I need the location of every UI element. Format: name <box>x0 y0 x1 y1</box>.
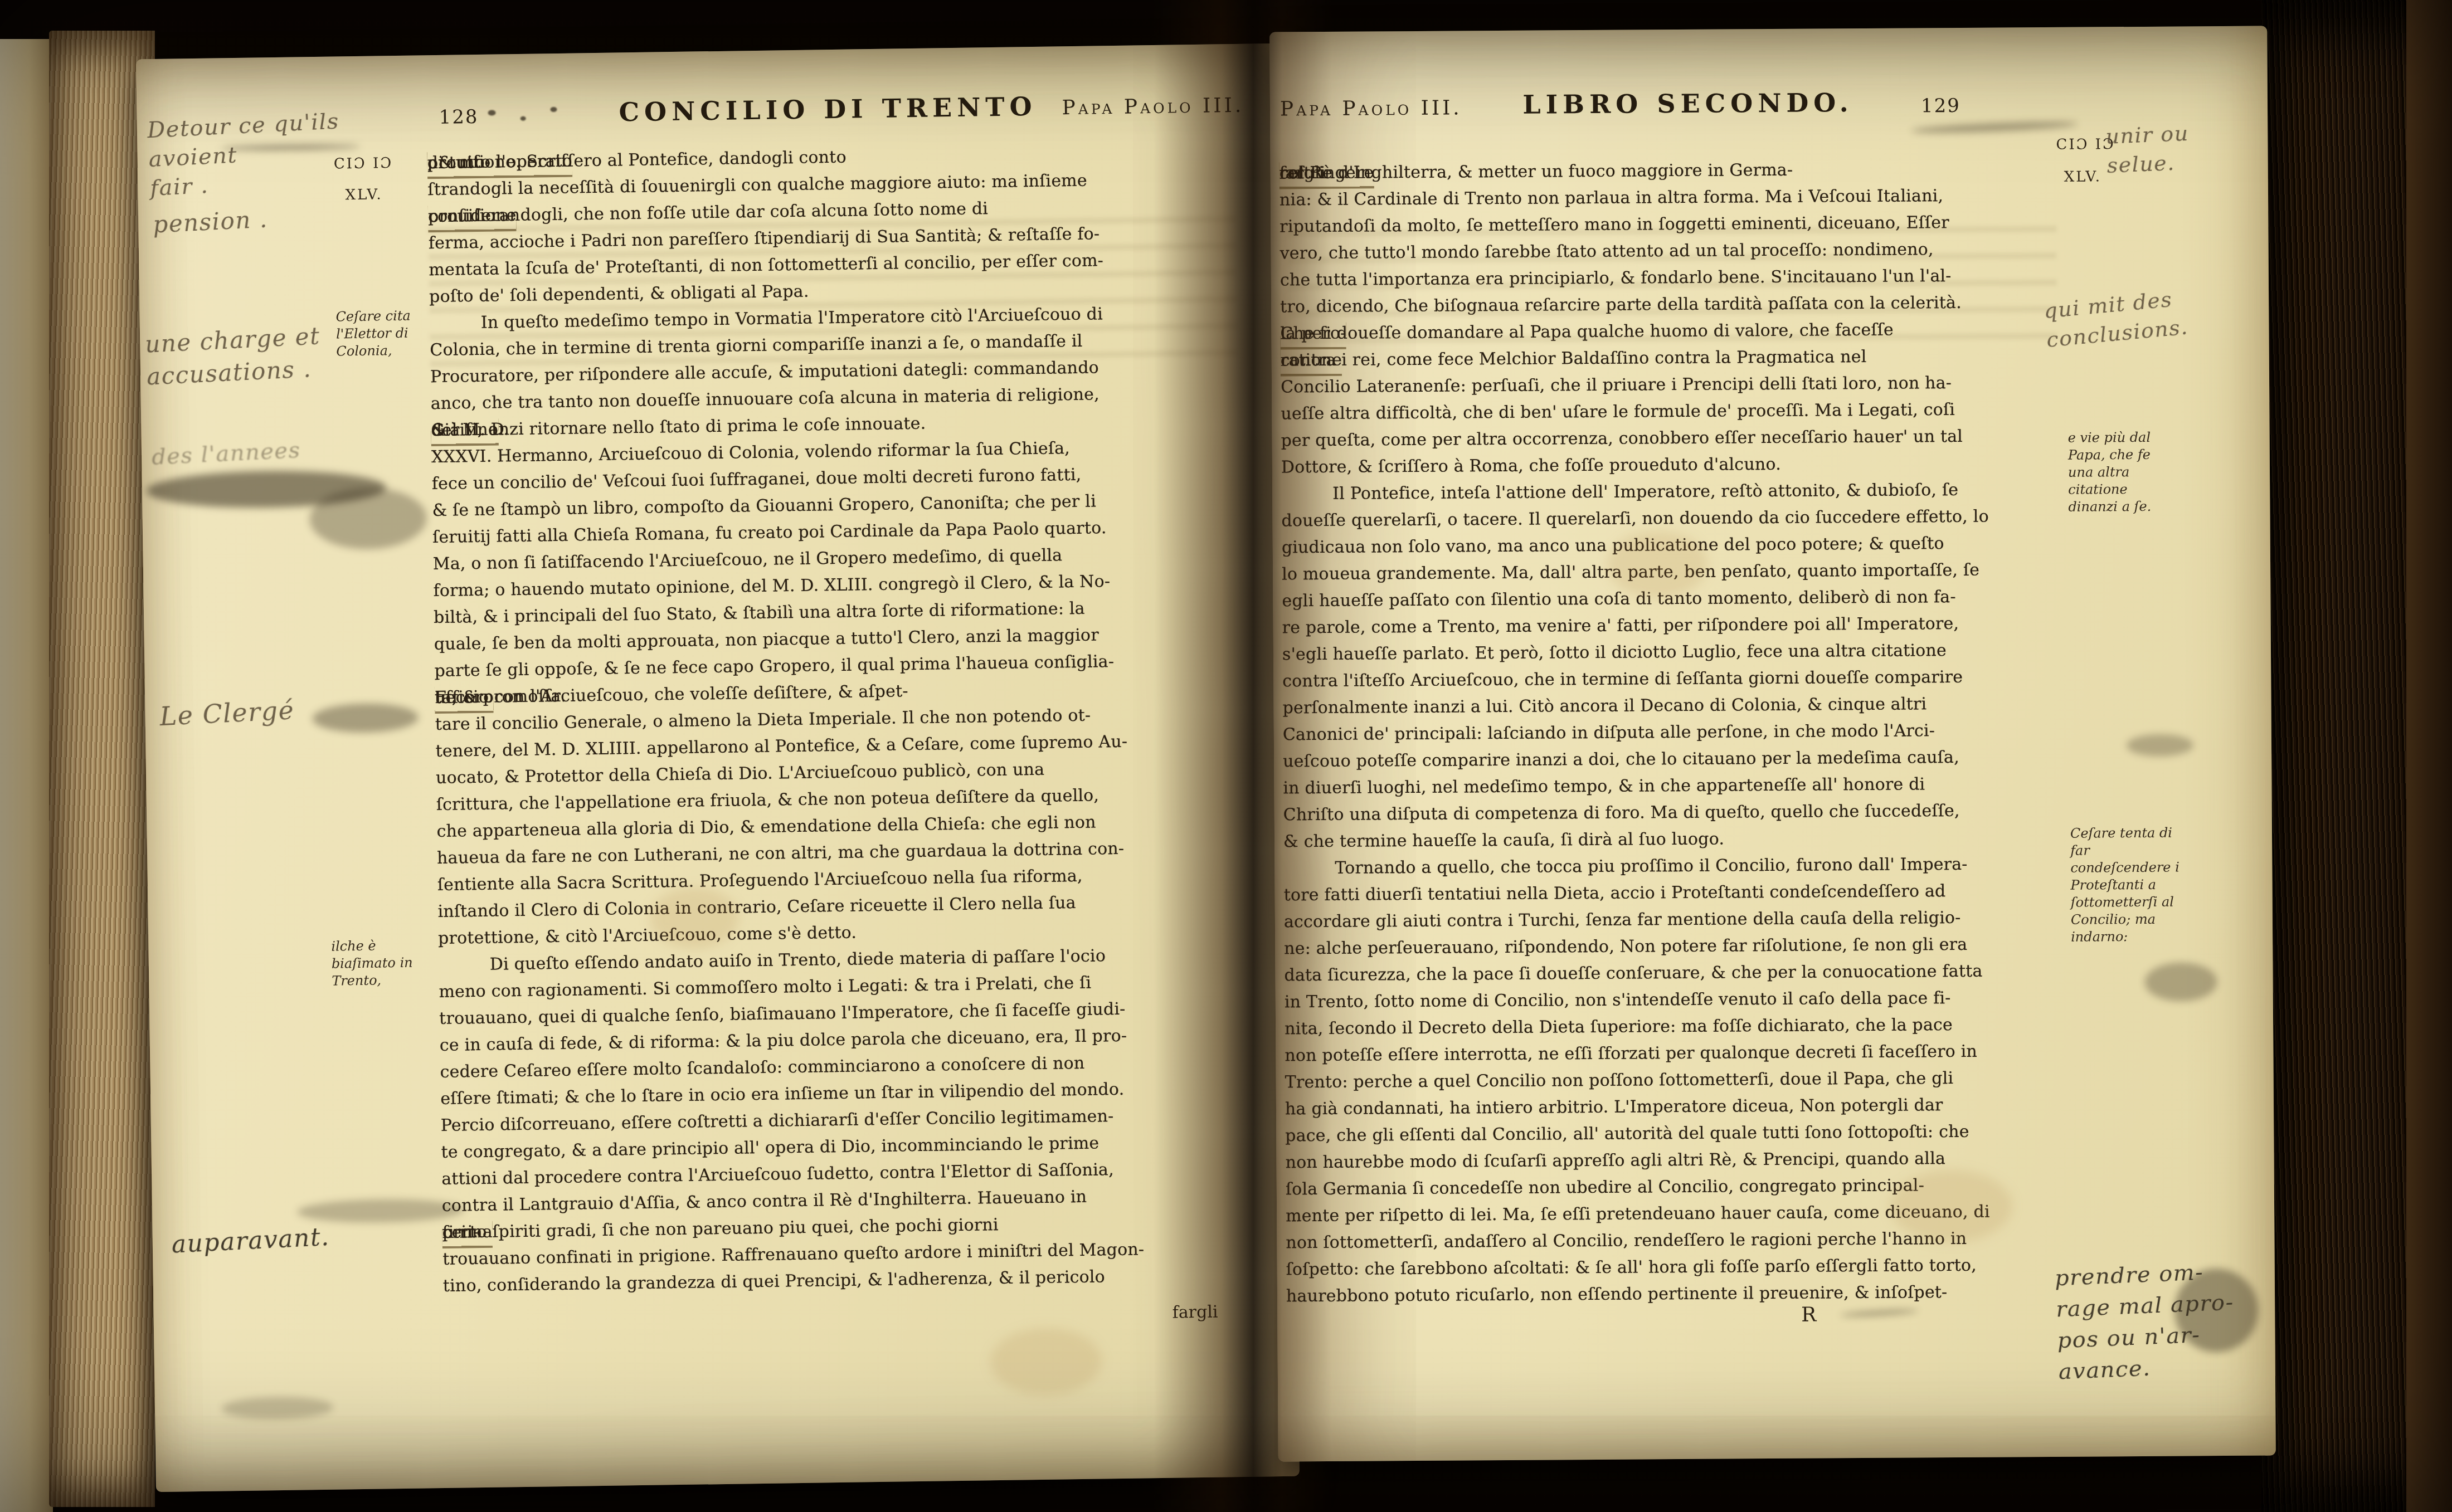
ink-smudge <box>312 703 419 733</box>
left-cover-board <box>0 39 53 1512</box>
ink-underlined-text: la pero- <box>1280 320 1346 348</box>
left-margin-note-cesare: Ceſare cita l'Elettor di Colonia, <box>335 307 432 360</box>
text-line: re parole, come a Trento, ma venire a' f… <box>1282 610 2064 642</box>
text-line: in Trento, ſotto nome di Concilio, non s… <box>1285 984 2066 1016</box>
print-text: Tornando a quello, che tocca piu proſſim… <box>1309 851 1968 882</box>
text-line: tro, dicendo, Che biſognaua reſarcire pa… <box>1280 289 2061 321</box>
ink-smudge <box>297 1198 465 1223</box>
text-line: Concilio Lateranenſe: perſuaſi, che il p… <box>1281 369 2062 401</box>
handwriting-line: unir ou <box>2105 121 2190 149</box>
text-line: Che ſi doueſſe domandare al Papa qualche… <box>1280 316 2061 348</box>
text-line: per queſta, come per altra occorrenza, c… <box>1281 423 2062 455</box>
print-text: , & mo- <box>427 149 490 177</box>
text-line: Chriſto una diſputa di competenza di for… <box>1283 797 2065 829</box>
print-text: non poteſſe eſſere interrotta, ne eſſi ſ… <box>1285 1038 1977 1070</box>
ink-smudge <box>309 487 427 550</box>
print-text: ſola Germania ſi concedeſſe non ubedire … <box>1286 1172 1924 1203</box>
handwriting-pension: pension . <box>152 205 269 240</box>
print-text: contra i rei, come fece Melchior Baldaſſ… <box>1281 344 1867 374</box>
text-line: pace, che gli eſſenti dal Concilio, all'… <box>1285 1118 2066 1150</box>
left-header-papa-paolo: Papa Paolo III. <box>1062 94 1244 120</box>
text-line: ſoſpetto: che ſarebbono aſcoltati: & ſe … <box>1286 1252 2067 1284</box>
text-line: haurebbono potuto ricuſarlo, non eſſendo… <box>1286 1279 2067 1310</box>
print-text: non haurebbe modo di ſcuſarſi appreſſo a… <box>1285 1145 1945 1176</box>
left-margin-year-xlv: XLV. <box>345 186 383 203</box>
right-page-number: 129 <box>1921 95 1960 117</box>
text-line: vero, che tutto'l mondo ſarebbe ſtato at… <box>1279 236 2061 267</box>
print-text: Concilio Lateranenſe: perſuaſi, che il p… <box>1281 370 1952 401</box>
foxing-spot <box>990 1327 1102 1396</box>
text-line: s'egli haueſſe parlato. Et però, ſotto i… <box>1282 637 2064 669</box>
handwriting-conclusions: qui mit des conclusions. <box>2042 284 2190 354</box>
print-text: in diuerſi luoghi, nel medeſimo tempo, &… <box>1283 771 1925 802</box>
left-catchword: fargli <box>1172 1303 1218 1323</box>
ink-smudge <box>147 469 387 509</box>
handwriting-clerge: Le Clergé <box>159 695 295 731</box>
handwriting-auparavant: auparavant. <box>171 1223 330 1260</box>
right-header-papa-paolo: Papa Paolo III. <box>1280 96 1462 120</box>
text-line: ne: alche perſeuerauano, riſpondendo, No… <box>1284 931 2065 963</box>
print-text: che tutta l'importanza era principiarlo,… <box>1280 263 1952 294</box>
left-margin-year: CIƆ IƆ <box>334 155 393 172</box>
handwriting-line: fair . <box>149 173 209 201</box>
print-text: s'egli haueſſe parlato. Et però, ſotto i… <box>1282 637 1947 668</box>
print-text: per queſta, come per altra occorrenza, c… <box>1281 423 1963 454</box>
ink-speck <box>550 107 557 112</box>
print-text: riputandoſi da molto, ſe metteſſero mano… <box>1279 209 1949 240</box>
print-text: ſoſpetto: che ſarebbono aſcoltati: & ſe … <box>1286 1252 1977 1284</box>
text-line: nia: & il Cardinale di Trento non parlau… <box>1279 182 2061 214</box>
left-running-header: CONCILIO DI TRENTO <box>605 91 1051 128</box>
print-text: non ſottometterſi, andaſſero al Concilio… <box>1286 1226 1967 1256</box>
print-text: del M. D. <box>431 416 509 444</box>
book-photo: 128 CONCILIO DI TRENTO Papa Paolo III. C… <box>0 0 2452 1512</box>
print-text: ha già condannati, ha intiero arbitrio. … <box>1285 1092 1943 1123</box>
print-text: contra l'iſteſſo Arciueſcouo, che in ter… <box>1282 664 1963 695</box>
print-text: col Rè d'Inghilterra, & metter un fuoco … <box>1279 157 1793 187</box>
ink-smudge <box>222 1396 334 1420</box>
text-line: & che termine haueſſe la cauſa, ſi dirà … <box>1283 824 2065 856</box>
print-text: nita, ſecondo il Decreto della Dieta ſup… <box>1285 1012 1953 1042</box>
right-margin-note-citatione: e vie più dal Papa, che fe una altra cit… <box>2068 429 2174 516</box>
print-text: haurebbono potuto ricuſarlo, non eſſendo… <box>1286 1279 1948 1310</box>
handwriting-unir: unir ou selue. <box>2105 119 2190 180</box>
text-line: data ſicurezza, che la pace ſi doueſſe c… <box>1284 958 2065 989</box>
right-margin-year-xlv: XLV. <box>2064 168 2101 185</box>
text-line: che tutta l'importanza era principiarlo,… <box>1280 262 2061 294</box>
print-text: Chriſto una diſputa di competenza di for… <box>1283 798 1960 828</box>
print-text: doueſſe querelarſi, o tacere. Il querela… <box>1281 504 1989 535</box>
right-margin-note-cesare-tenta: Ceſare tenta di far condeſcendere i Prot… <box>2070 825 2180 946</box>
left-page-number: 128 <box>439 106 478 129</box>
ink-speck <box>488 110 495 115</box>
left-text-column: prouiſione. Scriſſero al Pontefice, dand… <box>427 139 1259 1309</box>
text-line: accordare gli aiuti contra i Turchi, ſen… <box>1284 904 2065 936</box>
handwriting-line: avance. <box>2058 1355 2151 1385</box>
print-text: tro, dicendo, Che biſognaua reſarcire pa… <box>1280 290 1962 320</box>
print-text: data ſicurezza, che la pace ſi doueſſe c… <box>1284 958 1982 989</box>
print-text: egli haueſſe paſſato con ſilentio una co… <box>1282 584 1956 614</box>
left-page: 128 CONCILIO DI TRENTO Papa Paolo III. C… <box>136 43 1300 1492</box>
text-line: perſonalmente inanzi a lui. Citò ancora … <box>1282 690 2064 722</box>
print-text: ueſſe altra difficoltà, che di ben' uſar… <box>1281 397 1955 427</box>
text-line: doueſſe querelarſi, o tacere. Il querela… <box>1281 503 2062 535</box>
print-text: tore fatti diuerſi tentatiui nella Dieta… <box>1284 878 1946 909</box>
print-text: Canonici de' principali: laſciando in di… <box>1283 718 1935 748</box>
text-line: Tornando a quello, che tocca piu proſſim… <box>1283 851 2065 882</box>
handwriting-line: une charge et <box>144 322 320 358</box>
text-line: Trento: perche a quel Concilio non poſſo… <box>1285 1065 2066 1096</box>
signature-mark: R <box>1801 1304 1816 1326</box>
right-text-column: fargli reſtringere col Rè d'Inghilterra,… <box>1279 155 2068 1319</box>
print-text: Che ſi doueſſe domandare al Papa qualche… <box>1280 317 1894 348</box>
text-line: in diuerſi luoghi, nel medeſimo tempo, &… <box>1283 770 2064 802</box>
text-line: tore fatti diuerſi tentatiui nella Dieta… <box>1284 877 2065 909</box>
print-text: ne: alche perſeuerauano, riſpondendo, No… <box>1284 931 1967 962</box>
print-text: in Trento, ſotto nome di Concilio, non s… <box>1285 985 1951 1016</box>
right-running-header: LIBRO SECONDO. <box>1487 87 1889 120</box>
text-line: riputandoſi da molto, ſe metteſſero mano… <box>1279 209 2061 241</box>
handwriting-annee: des l'annees <box>151 436 301 472</box>
handwriting-detour: Detour ce qu'ils avoient fair . <box>147 106 343 203</box>
print-text: nia: & il Cardinale di Trento non parlau… <box>1279 183 1943 213</box>
text-line: nita, ſecondo il Decreto della Dieta ſup… <box>1285 1011 2066 1043</box>
text-line: fargli reſtringere col Rè d'Inghilterra,… <box>1279 155 2061 187</box>
text-line: contra l'iſteſſo Arciueſcouo, che in ter… <box>1282 664 2064 695</box>
ink-blot <box>2144 962 2217 1002</box>
ink-blot <box>2127 734 2193 757</box>
right-cover-edge <box>2406 0 2452 1512</box>
handwriting-line: selue. <box>2106 150 2176 178</box>
print-text: Dottore, & ſcriſſero à Roma, che foſſe p… <box>1281 451 1781 481</box>
foxing-spot <box>1607 531 1708 598</box>
handwriting-prendre: prendre om- rage mal apro- pos ou n'ar- … <box>2054 1255 2237 1387</box>
print-text: & che termine haueſſe la cauſa, ſi dirà … <box>1283 826 1724 856</box>
handwriting-line: Detour ce qu'ils <box>147 108 340 143</box>
ink-speck <box>520 116 526 121</box>
text-line: ueſſe altra difficoltà, che di ben' uſar… <box>1281 396 2062 428</box>
print-text: Il Pontefice, inteſa l'attione dell' Imp… <box>1307 477 1958 508</box>
print-text: pace, che gli eſſenti dal Concilio, all'… <box>1285 1119 1969 1149</box>
text-line: Canonici de' principali: laſciando in di… <box>1283 717 2064 749</box>
print-text: Trento: perche a quel Concilio non poſſo… <box>1285 1065 1954 1096</box>
print-text: perſonalmente inanzi a lui. Citò ancora … <box>1282 691 1926 721</box>
text-line: ueſcouo poteſſe comparire inanzi a doi, … <box>1283 744 2064 775</box>
text-line: ha già condannati, ha intiero arbitrio. … <box>1285 1091 2066 1123</box>
handwriting-line: avoient <box>148 142 238 172</box>
text-line: ratione contra i rei, come fece Melchior… <box>1281 343 2062 374</box>
print-text: re parole, come a Trento, ma venire a' f… <box>1282 611 1959 641</box>
print-text: ſi ri- <box>442 1219 479 1246</box>
ink-underlined-text: prouiſione <box>428 202 517 230</box>
handwriting-charge: une charge et accusations . <box>144 320 323 393</box>
text-line: Dottore, & ſcriſſero à Roma, che foſſe p… <box>1281 450 2062 481</box>
handwriting-line: rage mal apro- <box>2055 1289 2234 1322</box>
handwriting-line: prendre om- <box>2054 1260 2204 1291</box>
print-text: vero, che tutto'l mondo ſarebbe ſtato at… <box>1279 236 1933 267</box>
print-text: accordare gli aiuti contra i Turchi, ſen… <box>1284 905 1961 935</box>
left-margin-note-biasimato: ilche è biaſimato in Trento, <box>331 937 441 990</box>
text-line: Il Pontefice, inteſa l'attione dell' Imp… <box>1281 476 2062 508</box>
handwriting-line: accusations . <box>146 355 312 390</box>
ink-smear <box>1911 120 2078 134</box>
right-page: Papa Paolo III. LIBRO SECONDO. 129 CIƆ I… <box>1269 26 2276 1462</box>
handwriting-line: pos ou n'ar- <box>2057 1322 2201 1353</box>
foxing-spot <box>1890 1169 2013 1242</box>
print-text: ueſcouo poteſſe comparire inanzi a doi, … <box>1283 744 1959 775</box>
print-text: mente per riſpetto di lei. Ma, ſe eſſi p… <box>1286 1199 1990 1230</box>
text-line: non poteſſe eſſere interrotta, ne eſſi ſ… <box>1285 1038 2066 1070</box>
